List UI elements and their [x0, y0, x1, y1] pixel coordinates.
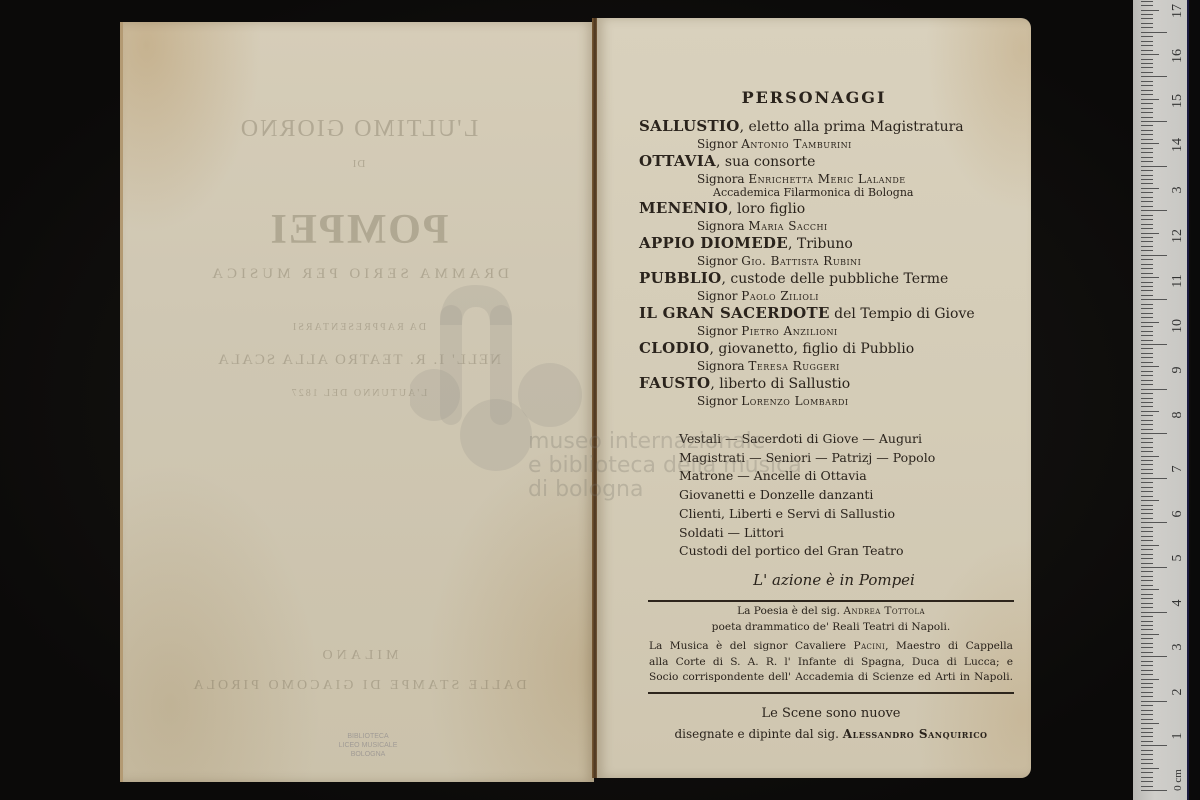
credit-text: La Poesia è del sig. — [737, 605, 843, 617]
ruler-tick — [1141, 429, 1153, 430]
ruler-tick — [1141, 72, 1153, 73]
cast-list: SALLUSTIO, eletto alla prima Magistratur… — [639, 118, 1009, 410]
ruler-label: 16 — [1170, 45, 1186, 67]
ruler-tick — [1141, 10, 1159, 11]
ruler-tick — [1141, 94, 1153, 95]
cast-singer: Signor Gio. Battista Rubini — [639, 253, 1009, 270]
ruler-tick — [1141, 250, 1153, 251]
ruler-tick — [1141, 638, 1153, 639]
chorus-line: Clienti, Liberti e Servi di Sallustio — [679, 505, 979, 524]
singer-name: Antonio Tamburini — [741, 137, 852, 151]
ruler-tick — [1141, 148, 1153, 149]
ruler-tick — [1141, 85, 1153, 86]
singer-title: Signor — [697, 254, 741, 268]
ruler-tick — [1141, 264, 1153, 265]
designer-name: Alessandro Sanquirico — [843, 727, 988, 741]
ruler-tick — [1141, 282, 1153, 283]
role-name: IL GRAN SACERDOTE — [639, 304, 830, 322]
ruler-tick — [1141, 139, 1153, 140]
ruler-tick — [1141, 290, 1153, 291]
ruler-tick — [1141, 451, 1153, 452]
ruler-tick — [1141, 348, 1153, 349]
ruler-label: 2 — [1170, 681, 1186, 703]
ruler-label: 14 — [1170, 134, 1186, 156]
singer-name: Paolo Zilioli — [741, 289, 819, 303]
ruler-tick — [1141, 103, 1153, 104]
show-through-imprint-city: MILANO — [123, 648, 594, 664]
cast-singer: Signor Antonio Tamburini — [639, 136, 1009, 153]
singer-title: Signora — [697, 359, 748, 373]
ruler-tick — [1141, 433, 1167, 434]
show-through-pompei: POMPEI — [123, 206, 594, 254]
show-through-theatre: NELL' I. R. TEATRO ALLA SCALA — [123, 352, 594, 369]
ruler-tick — [1141, 27, 1153, 28]
ruler-tick — [1141, 710, 1153, 711]
ruler-tick — [1141, 389, 1167, 390]
stamp-line: BOLOGNA — [313, 750, 423, 759]
singer-name: Lorenzo Lombardi — [741, 394, 848, 408]
ruler-tick — [1141, 674, 1153, 675]
ruler-tick — [1141, 14, 1153, 15]
ruler-tick — [1141, 125, 1153, 126]
ruler-tick — [1141, 545, 1159, 546]
ruler-tick — [1141, 117, 1153, 118]
singer-name: Teresa Ruggeri — [748, 359, 839, 373]
ruler-tick — [1141, 692, 1153, 693]
ruler-tick — [1141, 536, 1153, 537]
ruler-tick — [1141, 299, 1167, 300]
cast-role: MENENIO, loro figlio — [639, 200, 1009, 218]
ruler-tick — [1141, 353, 1153, 354]
cast-role: FAUSTO, liberto di Sallustio — [639, 375, 1009, 393]
ruler-tick — [1141, 540, 1153, 541]
ruler-tick — [1141, 380, 1153, 381]
ruler-tick — [1141, 179, 1153, 180]
ruler-tick — [1141, 705, 1153, 706]
ruler-tick — [1141, 157, 1153, 158]
ruler-tick — [1141, 357, 1153, 358]
ruler-tick — [1141, 233, 1159, 234]
ruler-tick — [1141, 273, 1153, 274]
ruler-tick — [1141, 567, 1167, 568]
role-name: FAUSTO — [639, 374, 710, 392]
ruler-tick — [1141, 563, 1153, 564]
singer-name: Pietro Anzilioni — [741, 324, 837, 338]
left-page: L'ULTIMO GIORNO DI POMPEI DRAMMA SERIO P… — [120, 22, 594, 782]
ruler-tick — [1141, 219, 1153, 220]
chorus-line: Giovanetti e Donzelle danzanti — [679, 486, 979, 505]
role-name: APPIO DIOMEDE — [639, 234, 788, 252]
role-desc: del Tempio di Giove — [830, 306, 975, 322]
ruler-tick — [1141, 255, 1167, 256]
right-page: PERSONAGGI SALLUSTIO, eletto alla prima … — [597, 18, 1031, 778]
ruler-tick — [1141, 603, 1153, 604]
cast-singer: Signora Maria Sacchi — [639, 218, 1009, 235]
ruler-tick — [1141, 607, 1153, 608]
ruler-tick — [1141, 166, 1167, 167]
ruler-label: 10 — [1170, 315, 1186, 337]
chorus-line: Vestali — Sacerdoti di Giove — Auguri — [679, 430, 979, 449]
ruler-tick — [1141, 701, 1167, 702]
ruler-tick — [1141, 152, 1153, 153]
ruler-tick — [1141, 375, 1153, 376]
ruler-tick — [1141, 335, 1153, 336]
cast-role: PUBBLIO, custode delle pubbliche Terme — [639, 270, 1009, 288]
credit-text: , Maestro di Cappella — [885, 640, 1013, 652]
ruler-tick — [1141, 228, 1153, 229]
ruler-tick — [1141, 183, 1153, 184]
ruler-tick — [1141, 589, 1159, 590]
credit-text: disegnate e dipinte dal sig. — [674, 727, 842, 741]
ruler-tick — [1141, 192, 1153, 193]
cast-role: APPIO DIOMEDE, Tribuno — [639, 235, 1009, 253]
ruler-tick — [1141, 661, 1153, 662]
ruler-tick — [1141, 656, 1167, 657]
ruler-tick — [1141, 558, 1153, 559]
poetry-credit-line2: poeta drammatico de' Reali Teatri di Nap… — [649, 620, 1013, 636]
ruler-tick — [1141, 322, 1159, 323]
ruler-tick — [1141, 456, 1159, 457]
ruler-tick — [1141, 505, 1153, 506]
role-name: MENENIO — [639, 199, 728, 217]
ruler-tick — [1141, 487, 1153, 488]
ruler-tick — [1141, 420, 1153, 421]
ruler-tick — [1141, 571, 1153, 572]
ruler-tick — [1141, 237, 1153, 238]
ruler-tick — [1141, 259, 1153, 260]
chorus-line: Custodi del portico del Gran Teatro — [679, 542, 979, 561]
singer-note: Accademica Filarmonica di Bologna — [639, 186, 1009, 200]
ruler-tick — [1141, 81, 1153, 82]
ruler-tick — [1141, 63, 1153, 64]
ruler-tick — [1141, 415, 1153, 416]
ruler-tick — [1141, 5, 1153, 6]
ruler-tick — [1141, 59, 1153, 60]
ruler-tick — [1141, 777, 1153, 778]
ruler-label: 5 — [1170, 547, 1186, 569]
ruler-tick — [1141, 585, 1153, 586]
show-through-di: DI — [123, 158, 594, 170]
ruler-tick — [1141, 736, 1153, 737]
ruler-unit-label: 0 cm — [1172, 763, 1184, 797]
ruler-tick — [1141, 175, 1153, 176]
ruler-tick — [1141, 210, 1167, 211]
ruler-tick — [1141, 772, 1153, 773]
ruler-tick — [1141, 268, 1153, 269]
ruler-tick — [1141, 683, 1153, 684]
ruler-label: 11 — [1170, 270, 1186, 292]
show-through-season: L'AUTUNNO DEL 1827 — [123, 388, 594, 399]
ruler-tick — [1141, 696, 1153, 697]
ruler-tick — [1141, 286, 1153, 287]
singer-title: Signora — [697, 172, 748, 186]
ruler-tick — [1141, 67, 1153, 68]
ruler-tick — [1141, 522, 1167, 523]
music-credit-line3: Socio corrispondente dell' Accademia di … — [649, 670, 1013, 686]
ruler-tick — [1141, 45, 1153, 46]
ruler-tick — [1141, 460, 1153, 461]
ruler-tick — [1141, 442, 1153, 443]
scan-background: L'ULTIMO GIORNO DI POMPEI DRAMMA SERIO P… — [0, 0, 1200, 800]
ruler-tick — [1141, 121, 1167, 122]
role-name: SALLUSTIO — [639, 117, 740, 135]
ruler-tick — [1141, 366, 1159, 367]
ruler-tick — [1141, 1, 1153, 2]
role-desc: , Tribuno — [788, 236, 853, 252]
ruler-tick — [1141, 161, 1153, 162]
divider-rule — [648, 692, 1014, 694]
ruler-tick — [1141, 473, 1153, 474]
librettist-name: Andrea Tottola — [843, 605, 925, 617]
ruler-tick — [1141, 246, 1153, 247]
chorus-line: Matrone — Ancelle di Ottavia — [679, 467, 979, 486]
ruler-label: 3 — [1170, 636, 1186, 658]
ruler-tick — [1141, 464, 1153, 465]
ruler-tick — [1141, 723, 1159, 724]
ruler-tick — [1141, 304, 1153, 305]
ruler-tick — [1141, 732, 1153, 733]
ruler-tick — [1141, 424, 1153, 425]
credits-block: La Poesia è del sig. Andrea Tottola poet… — [649, 604, 1013, 686]
show-through-line5: DA RAPPRESENTARSI — [123, 322, 594, 333]
ruler-tick — [1141, 447, 1153, 448]
ruler-label: 8 — [1170, 404, 1186, 426]
ruler-tick — [1141, 719, 1153, 720]
ruler-tick — [1141, 647, 1153, 648]
measurement-ruler: 0 cm 1 2 3 4 5 6 7 8 9 10 11 12 3 14 15 … — [1133, 0, 1189, 800]
page-heading: PERSONAGGI — [597, 88, 1031, 107]
role-desc: , sua consorte — [716, 154, 815, 170]
ruler-tick — [1141, 393, 1153, 394]
ruler-tick — [1141, 108, 1153, 109]
ruler-tick — [1141, 406, 1153, 407]
ruler-tick — [1141, 728, 1153, 729]
chorus-line: Soldati — Littori — [679, 524, 979, 543]
ruler-tick — [1141, 652, 1153, 653]
ruler-label: 7 — [1170, 458, 1186, 480]
ruler-tick — [1141, 643, 1153, 644]
ruler-tick — [1141, 224, 1153, 225]
ruler-tick — [1141, 625, 1153, 626]
ruler-tick — [1141, 188, 1159, 189]
ruler-tick — [1141, 50, 1153, 51]
ruler-tick — [1141, 670, 1153, 671]
role-name: OTTAVIA — [639, 152, 716, 170]
ruler-tick — [1141, 170, 1153, 171]
ruler-tick — [1141, 790, 1167, 791]
ruler-tick — [1141, 634, 1159, 635]
singer-title: Signor — [697, 289, 741, 303]
ruler-tick — [1141, 741, 1153, 742]
ruler-tick — [1141, 90, 1153, 91]
ruler-tick — [1141, 134, 1153, 135]
ruler-tick — [1141, 402, 1153, 403]
cast-role: CLODIO, giovanetto, figlio di Pubblio — [639, 340, 1009, 358]
ruler-tick — [1141, 411, 1159, 412]
stamp-line: BIBLIOTECA — [313, 732, 423, 741]
ruler-tick — [1141, 612, 1167, 613]
music-credit-line2: alla Corte di S. A. R. l' Infante di Spa… — [649, 655, 1013, 671]
ruler-tick — [1141, 768, 1159, 769]
ruler-tick — [1141, 531, 1153, 532]
ruler-tick — [1141, 496, 1153, 497]
ruler-tick — [1141, 317, 1153, 318]
cast-singer: Signor Paolo Zilioli — [639, 288, 1009, 305]
ruler-tick — [1141, 99, 1159, 100]
ruler-tick — [1141, 629, 1153, 630]
ruler-tick — [1141, 326, 1153, 327]
show-through-subtitle: DRAMMA SERIO PER MUSICA — [123, 266, 594, 283]
ruler-tick — [1141, 438, 1153, 439]
singer-title: Signor — [697, 324, 741, 338]
ruler-tick — [1141, 763, 1153, 764]
ruler-tick — [1141, 241, 1153, 242]
ruler-tick — [1141, 781, 1153, 782]
ruler-label: 1 — [1170, 725, 1186, 747]
cast-role: IL GRAN SACERDOTE del Tempio di Giove — [639, 305, 1009, 323]
poetry-credit: La Poesia è del sig. Andrea Tottola — [649, 604, 1013, 620]
cast-role: SALLUSTIO, eletto alla prima Magistratur… — [639, 118, 1009, 136]
role-name: PUBBLIO — [639, 269, 721, 287]
music-credit: La Musica è del signor Cavaliere Pacini,… — [649, 639, 1013, 655]
stamp-line: LICEO MUSICALE — [313, 741, 423, 750]
ruler-tick — [1141, 750, 1153, 751]
ruler-tick — [1141, 36, 1153, 37]
scenery-designer: disegnate e dipinte dal sig. Alessandro … — [649, 724, 1013, 744]
role-name: CLODIO — [639, 339, 709, 357]
cast-singer: Signor Lorenzo Lombardi — [639, 393, 1009, 410]
ruler-tick — [1141, 754, 1153, 755]
ruler-tick — [1141, 308, 1153, 309]
ruler-tick — [1141, 616, 1153, 617]
ruler-tick — [1141, 215, 1153, 216]
ruler-tick — [1141, 687, 1153, 688]
ruler-tick — [1141, 206, 1153, 207]
role-desc: , custode delle pubbliche Terme — [721, 271, 948, 287]
ruler-tick — [1141, 500, 1159, 501]
ruler-tick — [1141, 576, 1153, 577]
ruler-label: 6 — [1170, 503, 1186, 525]
ruler-tick — [1141, 518, 1153, 519]
ruler-tick — [1141, 340, 1153, 341]
role-desc: , liberto di Sallustio — [710, 376, 850, 392]
scenery-line: Le Scene sono nuove — [649, 704, 1013, 724]
singer-name: Maria Sacchi — [748, 219, 827, 233]
ruler-tick — [1141, 362, 1153, 363]
ruler-tick — [1141, 527, 1153, 528]
singer-title: Signor — [697, 137, 741, 151]
ruler-tick — [1141, 313, 1153, 314]
ruler-tick — [1141, 384, 1153, 385]
role-desc: , giovanetto, figlio di Pubblio — [709, 341, 914, 357]
ruler-tick — [1141, 513, 1153, 514]
ruler-label: 17 — [1170, 0, 1186, 22]
ruler-tick — [1141, 23, 1153, 24]
ruler-tick — [1141, 32, 1167, 33]
ruler-tick — [1141, 398, 1153, 399]
ruler-tick — [1141, 580, 1153, 581]
cast-singer: Signora Teresa Ruggeri — [639, 358, 1009, 375]
ruler-tick — [1141, 277, 1159, 278]
ruler-tick — [1141, 598, 1153, 599]
ruler-tick — [1141, 76, 1167, 77]
ruler-tick — [1141, 54, 1159, 55]
ruler-tick — [1141, 201, 1153, 202]
ruler-tick — [1141, 344, 1167, 345]
credit-text: La Musica è del signor Cavaliere — [649, 640, 854, 652]
ruler-tick — [1141, 478, 1167, 479]
ruler-label: 12 — [1170, 225, 1186, 247]
ruler-tick — [1141, 786, 1153, 787]
ruler-tick — [1141, 594, 1153, 595]
ruler-tick — [1141, 469, 1153, 470]
ruler-label: 9 — [1170, 359, 1186, 381]
cast-singer: Signor Pietro Anzilioni — [639, 323, 1009, 340]
ruler-tick — [1141, 197, 1153, 198]
ruler-tick — [1141, 554, 1153, 555]
show-through-imprint-printer: DALLE STAMPE DI GIACOMO PIROLA — [123, 678, 594, 694]
scenery-credit: Le Scene sono nuove disegnate e dipinte … — [649, 704, 1013, 744]
ruler-tick — [1141, 714, 1153, 715]
role-desc: , loro figlio — [728, 201, 805, 217]
ruler-tick — [1141, 482, 1153, 483]
ruler-tick — [1141, 509, 1153, 510]
ruler-tick — [1141, 295, 1153, 296]
singer-name: Enrichetta Meric Lalande — [748, 172, 905, 186]
chorus-list: Vestali — Sacerdoti di Giove — Auguri Ma… — [679, 430, 979, 561]
ruler-edge — [1191, 0, 1200, 800]
composer-name: Pacini — [854, 640, 886, 652]
ruler-tick — [1141, 491, 1153, 492]
ruler-tick — [1141, 665, 1153, 666]
ruler-label: 3 — [1170, 179, 1186, 201]
role-desc: , eletto alla prima Magistratura — [740, 119, 964, 135]
ruler-label: 15 — [1170, 90, 1186, 112]
ruler-tick — [1141, 679, 1159, 680]
ruler-tick — [1141, 41, 1153, 42]
ruler-tick — [1141, 745, 1167, 746]
show-through-title: L'ULTIMO GIORNO — [123, 116, 594, 143]
ruler-tick — [1141, 18, 1153, 19]
setting-line: L' azione è in Pompei — [597, 571, 1031, 589]
singer-title: Signora — [697, 219, 748, 233]
ruler-tick — [1141, 621, 1153, 622]
library-stamp: BIBLIOTECA LICEO MUSICALE BOLOGNA — [313, 732, 423, 759]
cast-role: OTTAVIA, sua consorte — [639, 153, 1009, 171]
ruler-label: 4 — [1170, 592, 1186, 614]
ruler-tick — [1141, 130, 1153, 131]
ruler-tick — [1141, 371, 1153, 372]
ruler-tick — [1141, 331, 1153, 332]
divider-rule — [648, 600, 1014, 602]
singer-name: Gio. Battista Rubini — [741, 254, 861, 268]
ruler-tick — [1141, 549, 1153, 550]
singer-title: Signor — [697, 394, 741, 408]
ruler-tick — [1141, 759, 1153, 760]
ruler-tick — [1141, 112, 1153, 113]
ruler-tick — [1141, 143, 1159, 144]
chorus-line: Magistrati — Seniori — Patrizj — Popolo — [679, 449, 979, 468]
